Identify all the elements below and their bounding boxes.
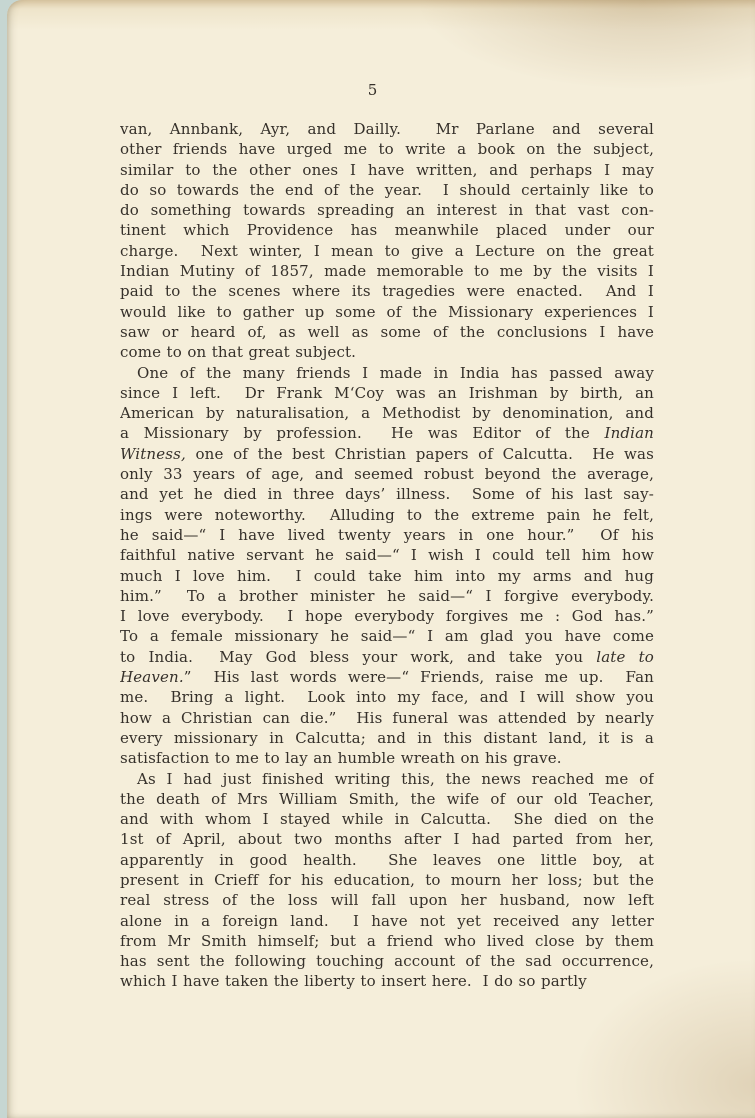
text-line: Witness, one of the best Christian paper… (120, 444, 654, 464)
text-line: and yet he died in three days’ illness. … (120, 484, 654, 504)
text-line: do so towards the end of the year. I sho… (120, 180, 654, 200)
text-line: satisfaction to me to lay an humble wrea… (120, 748, 654, 768)
text-line: real stress of the loss will fall upon h… (120, 890, 654, 910)
text-line: 1st of April, about two months after I h… (120, 829, 654, 849)
text-line: from Mr Smith himself; but a friend who … (120, 931, 654, 951)
scanned-page-background: { "page": { "number": "5", "paper_color"… (0, 0, 755, 1118)
text-line: how a Christian can die.” His funeral wa… (120, 708, 654, 728)
page-text: van, Annbank, Ayr, and Dailly. Mr Parlan… (120, 119, 654, 992)
text-line: him.” To a brother minister he said—“ I … (120, 586, 654, 606)
text-line: since I left. Dr Frank M‘Coy was an Iris… (120, 383, 654, 403)
text-line: present in Crieff for his education, to … (120, 870, 654, 890)
text-line: faithful native servant he said—“ I wish… (120, 545, 654, 565)
text-line: has sent the following touching account … (120, 951, 654, 971)
text-line: I love everybody. I hope everybody forgi… (120, 606, 654, 626)
text-line: As I had just finished writing this, the… (120, 769, 654, 789)
book-page: 5 van, Annbank, Ayr, and Dailly. Mr Parl… (7, 0, 755, 1118)
text-line: ings were noteworthy. Alluding to the ex… (120, 505, 654, 525)
text-line: and with whom I stayed while in Calcutta… (120, 809, 654, 829)
text-line: saw or heard of, as well as some of the … (120, 322, 654, 342)
text-line: every missionary in Calcutta; and in thi… (120, 728, 654, 748)
text-line: the death of Mrs William Smith, the wife… (120, 789, 654, 809)
page-number: 5 (120, 81, 625, 99)
text-line: come to on that great subject. (120, 342, 654, 362)
text-line: alone in a foreign land. I have not yet … (120, 911, 654, 931)
text-line: a Missionary by profession. He was Edito… (120, 423, 654, 443)
text-line: would like to gather up some of the Miss… (120, 302, 654, 322)
text-line: American by naturalisation, a Methodist … (120, 403, 654, 423)
text-line: much I love him. I could take him into m… (120, 566, 654, 586)
text-line: charge. Next winter, I mean to give a Le… (120, 241, 654, 261)
text-line: other friends have urged me to write a b… (120, 139, 654, 159)
text-line: Indian Mutiny of 1857, made memorable to… (120, 261, 654, 281)
text-line: One of the many friends I made in India … (120, 363, 654, 383)
text-line: which I have taken the liberty to insert… (120, 971, 654, 991)
text-line: van, Annbank, Ayr, and Dailly. Mr Parlan… (120, 119, 654, 139)
text-line: he said—“ I have lived twenty years in o… (120, 525, 654, 545)
text-line: only 33 years of age, and seemed robust … (120, 464, 654, 484)
text-line: paid to the scenes where its tragedies w… (120, 281, 654, 301)
text-line: Heaven.” His last words were—“ Friends, … (120, 667, 654, 687)
text-line: do something towards spreading an intere… (120, 200, 654, 220)
text-line: tinent which Providence has meanwhile pl… (120, 220, 654, 240)
text-line: To a female missionary he said—“ I am gl… (120, 626, 654, 646)
text-line: similar to the other ones I have written… (120, 160, 654, 180)
text-line: apparently in good health. She leaves on… (120, 850, 654, 870)
text-line: me. Bring a light. Look into my face, an… (120, 687, 654, 707)
text-line: to India. May God bless your work, and t… (120, 647, 654, 667)
